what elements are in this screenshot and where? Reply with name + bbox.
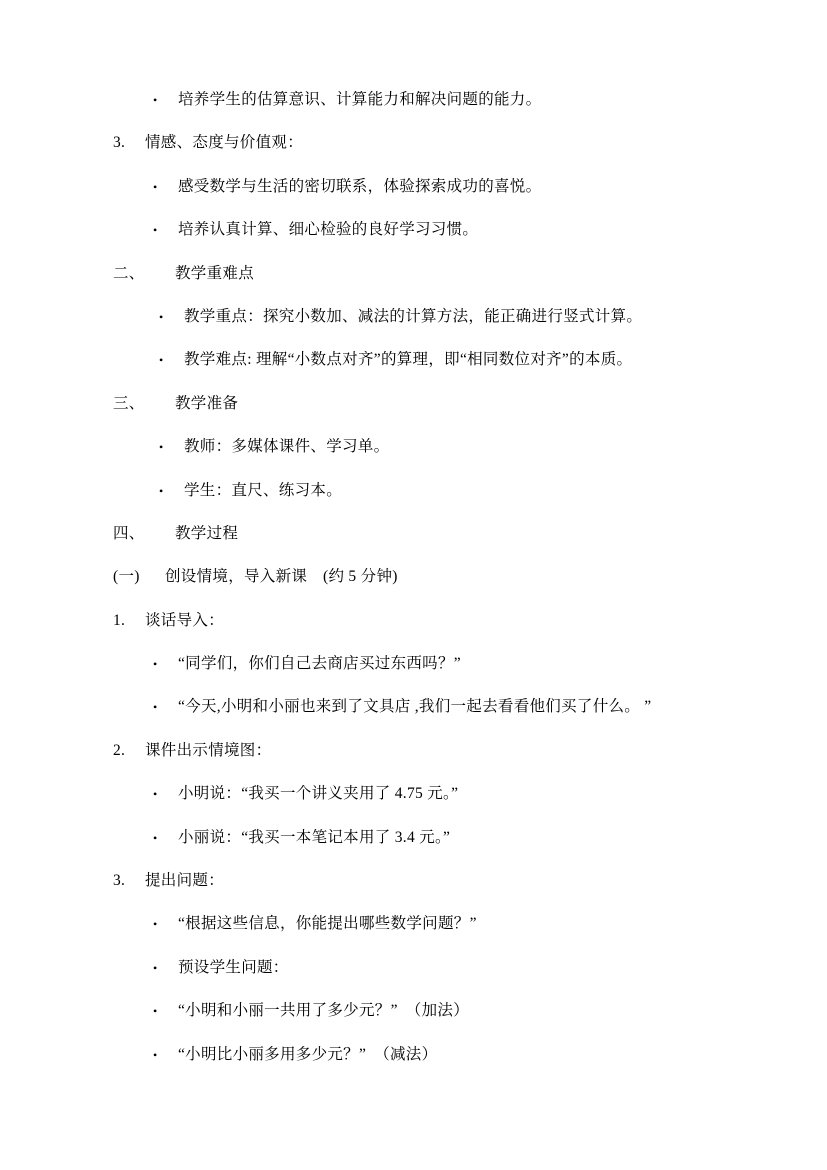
bullet-icon: • — [153, 178, 178, 196]
bullet-item: •“根据这些信息，你能提出哪些数学问题？” — [113, 915, 807, 958]
list-marker: (一) — [113, 568, 165, 586]
bullet-item: •培养认真计算、细心检验的良好学习习惯。 — [113, 221, 807, 264]
bullet-icon: • — [159, 482, 184, 500]
line-text: “小明和小丽一共用了多少元？” （加法） — [178, 1002, 469, 1020]
line-text: 感受数学与生活的密切联系，体验探索成功的喜悦。 — [178, 178, 541, 196]
bullet-icon: • — [153, 91, 178, 109]
bullet-icon: • — [153, 959, 178, 977]
bullet-item: •教师：多媒体课件、学习单。 — [113, 438, 807, 481]
bullet-item: •“同学们，你们自己去商店买过东西吗？” — [113, 655, 807, 698]
bullet-item: •小丽说：“我买一本笔记本用了 3.4 元。” — [113, 829, 807, 872]
bullet-item: •“小明和小丽一共用了多少元？” （加法） — [113, 1002, 807, 1045]
list-marker: 二、 — [113, 265, 175, 283]
document-page: •培养学生的估算意识、计算能力和解决问题的能力。3.情感、态度与价值观：•感受数… — [0, 0, 827, 1170]
line-text: 创设情境，导入新课 (约 5 分钟) — [165, 568, 398, 586]
list-marker: 三、 — [113, 395, 175, 413]
line-text: “今天,小明和小丽也来到了文具店 ,我们一起去看看他们买了什么。 ” — [178, 698, 651, 716]
section-heading: 三、教学准备 — [113, 395, 807, 438]
line-text: 教学难点: 理解“小数点对齐”的算理，即“相同数位对齐”的本质。 — [184, 351, 632, 369]
bullet-item: •小明说：“我买一个讲义夹用了 4.75 元。” — [113, 785, 807, 828]
list-marker: 2. — [113, 742, 145, 760]
bullet-item: •学生：直尺、练习本。 — [113, 482, 807, 525]
bullet-icon: • — [153, 221, 178, 239]
bullet-icon: • — [159, 308, 184, 326]
line-text: 提出问题： — [145, 872, 224, 890]
numbered-item: 3.情感、态度与价值观： — [113, 134, 807, 177]
list-marker: 3. — [113, 872, 145, 890]
list-marker: 四、 — [113, 525, 175, 543]
bullet-icon: • — [153, 829, 178, 847]
line-text: 教学准备 — [175, 395, 238, 413]
line-text: 谈话导入： — [145, 612, 224, 630]
bullet-icon: • — [159, 438, 184, 456]
bullet-icon: • — [153, 785, 178, 803]
line-text: 教学过程 — [175, 525, 238, 543]
line-text: 培养学生的估算意识、计算能力和解决问题的能力。 — [178, 91, 541, 109]
bullet-icon: • — [153, 655, 178, 673]
line-text: 培养认真计算、细心检验的良好学习习惯。 — [178, 221, 478, 239]
line-text: 情感、态度与价值观： — [145, 134, 303, 152]
line-text: 课件出示情境图： — [145, 742, 271, 760]
line-text: 学生：直尺、练习本。 — [184, 482, 342, 500]
section-heading: 四、教学过程 — [113, 525, 807, 568]
line-text: “根据这些信息，你能提出哪些数学问题？” — [178, 915, 477, 933]
numbered-item: 3.提出问题： — [113, 872, 807, 915]
list-marker: 1. — [113, 612, 145, 630]
list-marker: 3. — [113, 134, 145, 152]
bullet-icon: • — [153, 1002, 178, 1020]
bullet-item: •教学难点: 理解“小数点对齐”的算理，即“相同数位对齐”的本质。 — [113, 351, 807, 394]
bullet-icon: • — [153, 698, 178, 716]
bullet-item: •教学重点：探究小数加、减法的计算方法，能正确进行竖式计算。 — [113, 308, 807, 351]
line-text: 教学重点：探究小数加、减法的计算方法，能正确进行竖式计算。 — [184, 308, 642, 326]
line-text: 教师：多媒体课件、学习单。 — [184, 438, 389, 456]
line-text: “小明比小丽多用多少元？” （减法） — [178, 1046, 437, 1064]
bullet-icon: • — [153, 1046, 178, 1064]
bullet-item: •“小明比小丽多用多少元？” （减法） — [113, 1046, 807, 1089]
line-text: 预设学生问题： — [178, 959, 289, 977]
subsection-heading: (一)创设情境，导入新课 (约 5 分钟) — [113, 568, 807, 611]
line-text: 教学重难点 — [175, 265, 254, 283]
bullet-icon: • — [153, 915, 178, 933]
line-text: 小丽说：“我买一本笔记本用了 3.4 元。” — [178, 829, 450, 847]
bullet-icon: • — [159, 351, 184, 369]
numbered-item: 2.课件出示情境图： — [113, 742, 807, 785]
section-heading: 二、教学重难点 — [113, 265, 807, 308]
numbered-item: 1.谈话导入： — [113, 612, 807, 655]
bullet-item: •培养学生的估算意识、计算能力和解决问题的能力。 — [113, 91, 807, 134]
bullet-item: •预设学生问题： — [113, 959, 807, 1002]
line-text: 小明说：“我买一个讲义夹用了 4.75 元。” — [178, 785, 458, 803]
bullet-item: •感受数学与生活的密切联系，体验探索成功的喜悦。 — [113, 178, 807, 221]
document-content: •培养学生的估算意识、计算能力和解决问题的能力。3.情感、态度与价值观：•感受数… — [113, 91, 807, 1089]
bullet-item: •“今天,小明和小丽也来到了文具店 ,我们一起去看看他们买了什么。 ” — [113, 698, 807, 741]
line-text: “同学们，你们自己去商店买过东西吗？” — [178, 655, 461, 673]
